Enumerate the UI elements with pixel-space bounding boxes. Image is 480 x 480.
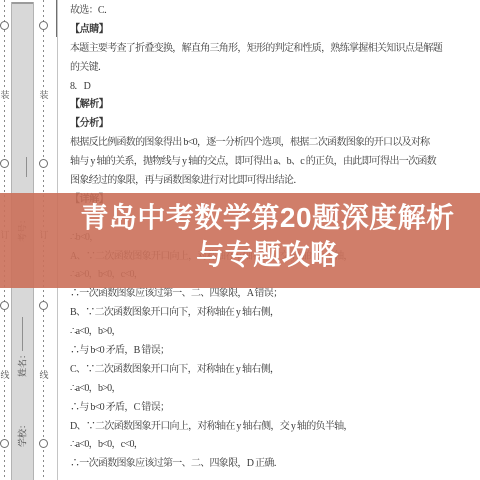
document-line: 【解析】 xyxy=(70,96,474,115)
document-line: ∴一次函数图象应该过第一、二、四象限，A 错误； xyxy=(70,285,474,304)
binding-char: 线 xyxy=(38,370,50,381)
document-line: 根据反比例函数的图象得出 b<0，逐一分析四个选项，根据二次函数图象的开口以及对… xyxy=(70,134,474,153)
document-line: ∴a<0，b>0， xyxy=(70,323,474,342)
document-line: B、∵二次函数图象开口向下，对称轴在 y 轴右侧， xyxy=(70,304,474,323)
binding-circle-icon xyxy=(0,301,9,310)
exam-field-label-xuexiao: 学校： xyxy=(16,417,29,451)
binding-circle-icon xyxy=(39,439,48,448)
document-line: ∴a<0，b<0，c<0， xyxy=(70,436,474,455)
document-line: 故选：C． xyxy=(70,2,474,21)
binding-circle-icon xyxy=(0,159,9,168)
document-line: ∴a<0，b>0， xyxy=(70,380,474,399)
document-line: 【分析】 xyxy=(70,115,474,134)
field-blank-line xyxy=(22,317,23,351)
document-line: 本题主要考查了折叠变换，解直角三角形，矩形的判定和性质，熟练掌握相关知识点是解题 xyxy=(70,40,474,59)
banner-title-line2: 与专题攻略 xyxy=(196,236,339,273)
binding-char: 线 xyxy=(0,370,11,381)
field-blank-line xyxy=(26,157,27,177)
document-line: 轴与 y 轴的关系，抛物线与 y 轴的交点，即可得出 a、b、c 的正负，由此即… xyxy=(70,153,474,172)
title-banner: 青岛中考数学第20题深度解析 与专题攻略 xyxy=(0,193,480,288)
exam-field-label-xingming: 姓名： xyxy=(16,347,29,381)
document-line: 8．D xyxy=(70,78,474,97)
binding-circle-icon xyxy=(39,159,48,168)
document-line: D、∵二次函数图象开口向上，对称轴在 y 轴右侧，交 y 轴的负半轴， xyxy=(70,418,474,437)
document-line: ∴与 b<0 矛盾，C 错误； xyxy=(70,399,474,418)
binding-char: 装 xyxy=(38,90,50,101)
document-line: C、∵二次函数图象开口向下，对称轴在 y 轴右侧， xyxy=(70,361,474,380)
binding-char: 装 xyxy=(0,90,11,101)
document-line: 的关键． xyxy=(70,59,474,78)
binding-circle-icon xyxy=(39,301,48,310)
binding-circle-icon xyxy=(0,21,9,30)
scanned-exam-page: 装 装 订 订 线 线 考号： 姓名： 学校： 故选：C． 【点睛】 本题主要考… xyxy=(0,0,480,480)
document-line: ∴与 b<0 矛盾，B 错误； xyxy=(70,342,474,361)
document-line: ∴一次函数图象应该过第一、二、四象限，D 正确． xyxy=(70,455,474,474)
margin-rule-line-top xyxy=(56,0,57,37)
binding-circle-icon xyxy=(0,439,9,448)
document-line: 【点睛】 xyxy=(70,21,474,40)
binding-circle-icon xyxy=(39,21,48,30)
document-line: 图象经过的象限，再与函数图象进行对比即可得出结论． xyxy=(70,172,474,191)
banner-title-line1: 青岛中考数学第20题深度解析 xyxy=(80,199,454,236)
